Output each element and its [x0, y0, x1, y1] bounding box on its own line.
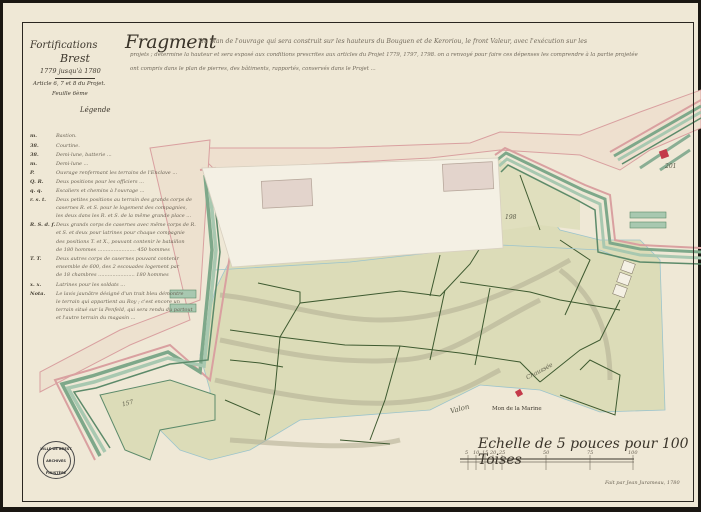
legend-key: 38. — [30, 152, 56, 158]
map-frame — [22, 22, 694, 502]
legend-text: Deux grands corps de casernes avec même … — [56, 222, 196, 228]
legend-item: le terrain qui appartient au Roy ; c'est… — [30, 299, 180, 305]
legend-item: les deux dans les R. et S. de la même gr… — [30, 213, 191, 219]
legend-text: Bastion. — [56, 133, 77, 139]
side-years: 1779 jusqu'à 1780 — [40, 67, 101, 75]
legend-text: terrain situé sur la Penfeld, qui sera r… — [56, 307, 193, 313]
legend-item: q. q.Escaliers et chemins à l'ouvrage ..… — [30, 188, 144, 194]
scale-tick-label: 15 — [482, 450, 488, 456]
legend-item: Q. R.Deux positions pour les officiers .… — [30, 179, 144, 185]
legend-text: Latrines pour les soldats ... — [56, 282, 125, 288]
label-201: 201 — [665, 163, 676, 170]
legend-text: Escaliers et chemins à l'ouvrage ... — [56, 188, 144, 194]
legend-heading: Légende — [80, 106, 111, 114]
legend-item: m.Demi-lune ... — [30, 161, 88, 167]
legend-text: de 18 chambres ....................... 1… — [56, 272, 169, 278]
label-198: 198 — [505, 214, 516, 221]
signature: Fait par Jean Jurameau, 1780 — [605, 480, 680, 486]
legend-text: Deux petites positions au terrain des gr… — [56, 197, 192, 203]
legend-item: x. x.Latrines pour les soldats ... — [30, 282, 125, 288]
legend-item: et S. et deux pour latrines pour chaque … — [30, 230, 185, 236]
legend-text: Ouvrage renfermant les terrains de l'Enc… — [56, 170, 177, 176]
legend-item: r. s. t.Deux petites positions au terrai… — [30, 197, 192, 203]
legend-key: q. q. — [30, 188, 56, 194]
legend-key: 38. — [30, 143, 56, 149]
legend-text: et S. et deux pour latrines pour chaque … — [56, 230, 185, 236]
scale-tick-label: 20 — [490, 450, 496, 456]
legend-key: r. s. t. — [30, 197, 56, 203]
title-line-1: du plan de l'ouvrage qui sera construit … — [200, 38, 587, 45]
legend-text: Le lavis jaunâtre désigné d'un trait ble… — [56, 291, 183, 297]
legend-key: R. S. d. f. — [30, 222, 56, 228]
legend-text: Demi-lune ... — [56, 161, 88, 167]
legend-text: de 180 hommes ........................ 4… — [56, 247, 170, 253]
side-sheet: Feuille 6ème — [52, 91, 88, 97]
stamp-top-text: VILLE DE BREST — [38, 447, 74, 451]
archive-stamp: VILLE DE BREST ARCHIVES FINISTÈRE — [37, 441, 75, 479]
legend-text: Deux autres corps de casernes pouvant co… — [56, 256, 179, 262]
scale-tick-label: 50 — [543, 450, 549, 456]
legend-key: Nota. — [30, 291, 56, 297]
stamp-center-text: ARCHIVES — [38, 459, 74, 463]
scale-tick-label: 100 — [628, 450, 638, 456]
legend-item: 38.Courtine. — [30, 143, 80, 149]
title-line-3: ont compris dans le plan de pierres, des… — [130, 66, 376, 72]
legend-item: R. S. d. f.Deux grands corps de casernes… — [30, 222, 196, 228]
legend-item: de 180 hommes ........................ 4… — [30, 247, 170, 253]
legend-item: des positions T. et X., pouvant contenir… — [30, 239, 185, 245]
legend-item: et l'autre terrain du magasin ... — [30, 315, 135, 321]
title-line-2: projets ; détermine la hauteur et sera e… — [130, 52, 638, 58]
scale-tick-label: 75 — [587, 450, 593, 456]
legend-text: casernes R. et S. pour le logement des c… — [56, 205, 187, 211]
legend-item: 38.Demi-lune, batterie ... — [30, 152, 112, 158]
legend-item: T. T.Deux autres corps de casernes pouva… — [30, 256, 179, 262]
legend-text: Courtine. — [56, 143, 80, 149]
legend-text: et l'autre terrain du magasin ... — [56, 315, 135, 321]
side-ref: Article 6, 7 et 8 du Projet. — [33, 81, 106, 87]
legend-item: terrain situé sur la Penfeld, qui sera r… — [30, 307, 193, 313]
legend-text: Deux positions pour les officiers ... — [56, 179, 144, 185]
legend-key: m. — [30, 133, 56, 139]
legend-key: P. — [30, 170, 56, 176]
legend-item: Nota.Le lavis jaunâtre désigné d'un trai… — [30, 291, 183, 297]
legend-key: Q. R. — [30, 179, 56, 185]
side-place: Brest — [60, 52, 90, 65]
legend-key: T. T. — [30, 256, 56, 262]
side-divider — [55, 78, 95, 79]
legend-item: casernes R. et S. pour le logement des c… — [30, 205, 187, 211]
legend-text: ensemble de 600, des 2 escouades logemen… — [56, 264, 179, 270]
scale-tick-label: 5 — [465, 450, 468, 456]
legend-text: le terrain qui appartient au Roy ; c'est… — [56, 299, 180, 305]
legend-item: P.Ouvrage renfermant les terrains de l'E… — [30, 170, 177, 176]
stamp-bottom-text: FINISTÈRE — [38, 471, 74, 475]
legend-text: les deux dans les R. et S. de la même gr… — [56, 213, 191, 219]
legend-item: ensemble de 600, des 2 escouades logemen… — [30, 264, 179, 270]
legend-key: m. — [30, 161, 56, 167]
legend-key: x. x. — [30, 282, 56, 288]
legend-text: des positions T. et X., pouvant contenir… — [56, 239, 185, 245]
scale-tick-label: 10 — [473, 450, 479, 456]
scale-tick-label: 25 — [499, 450, 505, 456]
legend-item: de 18 chambres ....................... 1… — [30, 272, 169, 278]
label-moulin: Mon de la Marine — [492, 406, 542, 412]
legend-text: Demi-lune, batterie ... — [56, 152, 112, 158]
legend-item: m.Bastion. — [30, 133, 77, 139]
side-title: Fortifications — [30, 40, 97, 51]
